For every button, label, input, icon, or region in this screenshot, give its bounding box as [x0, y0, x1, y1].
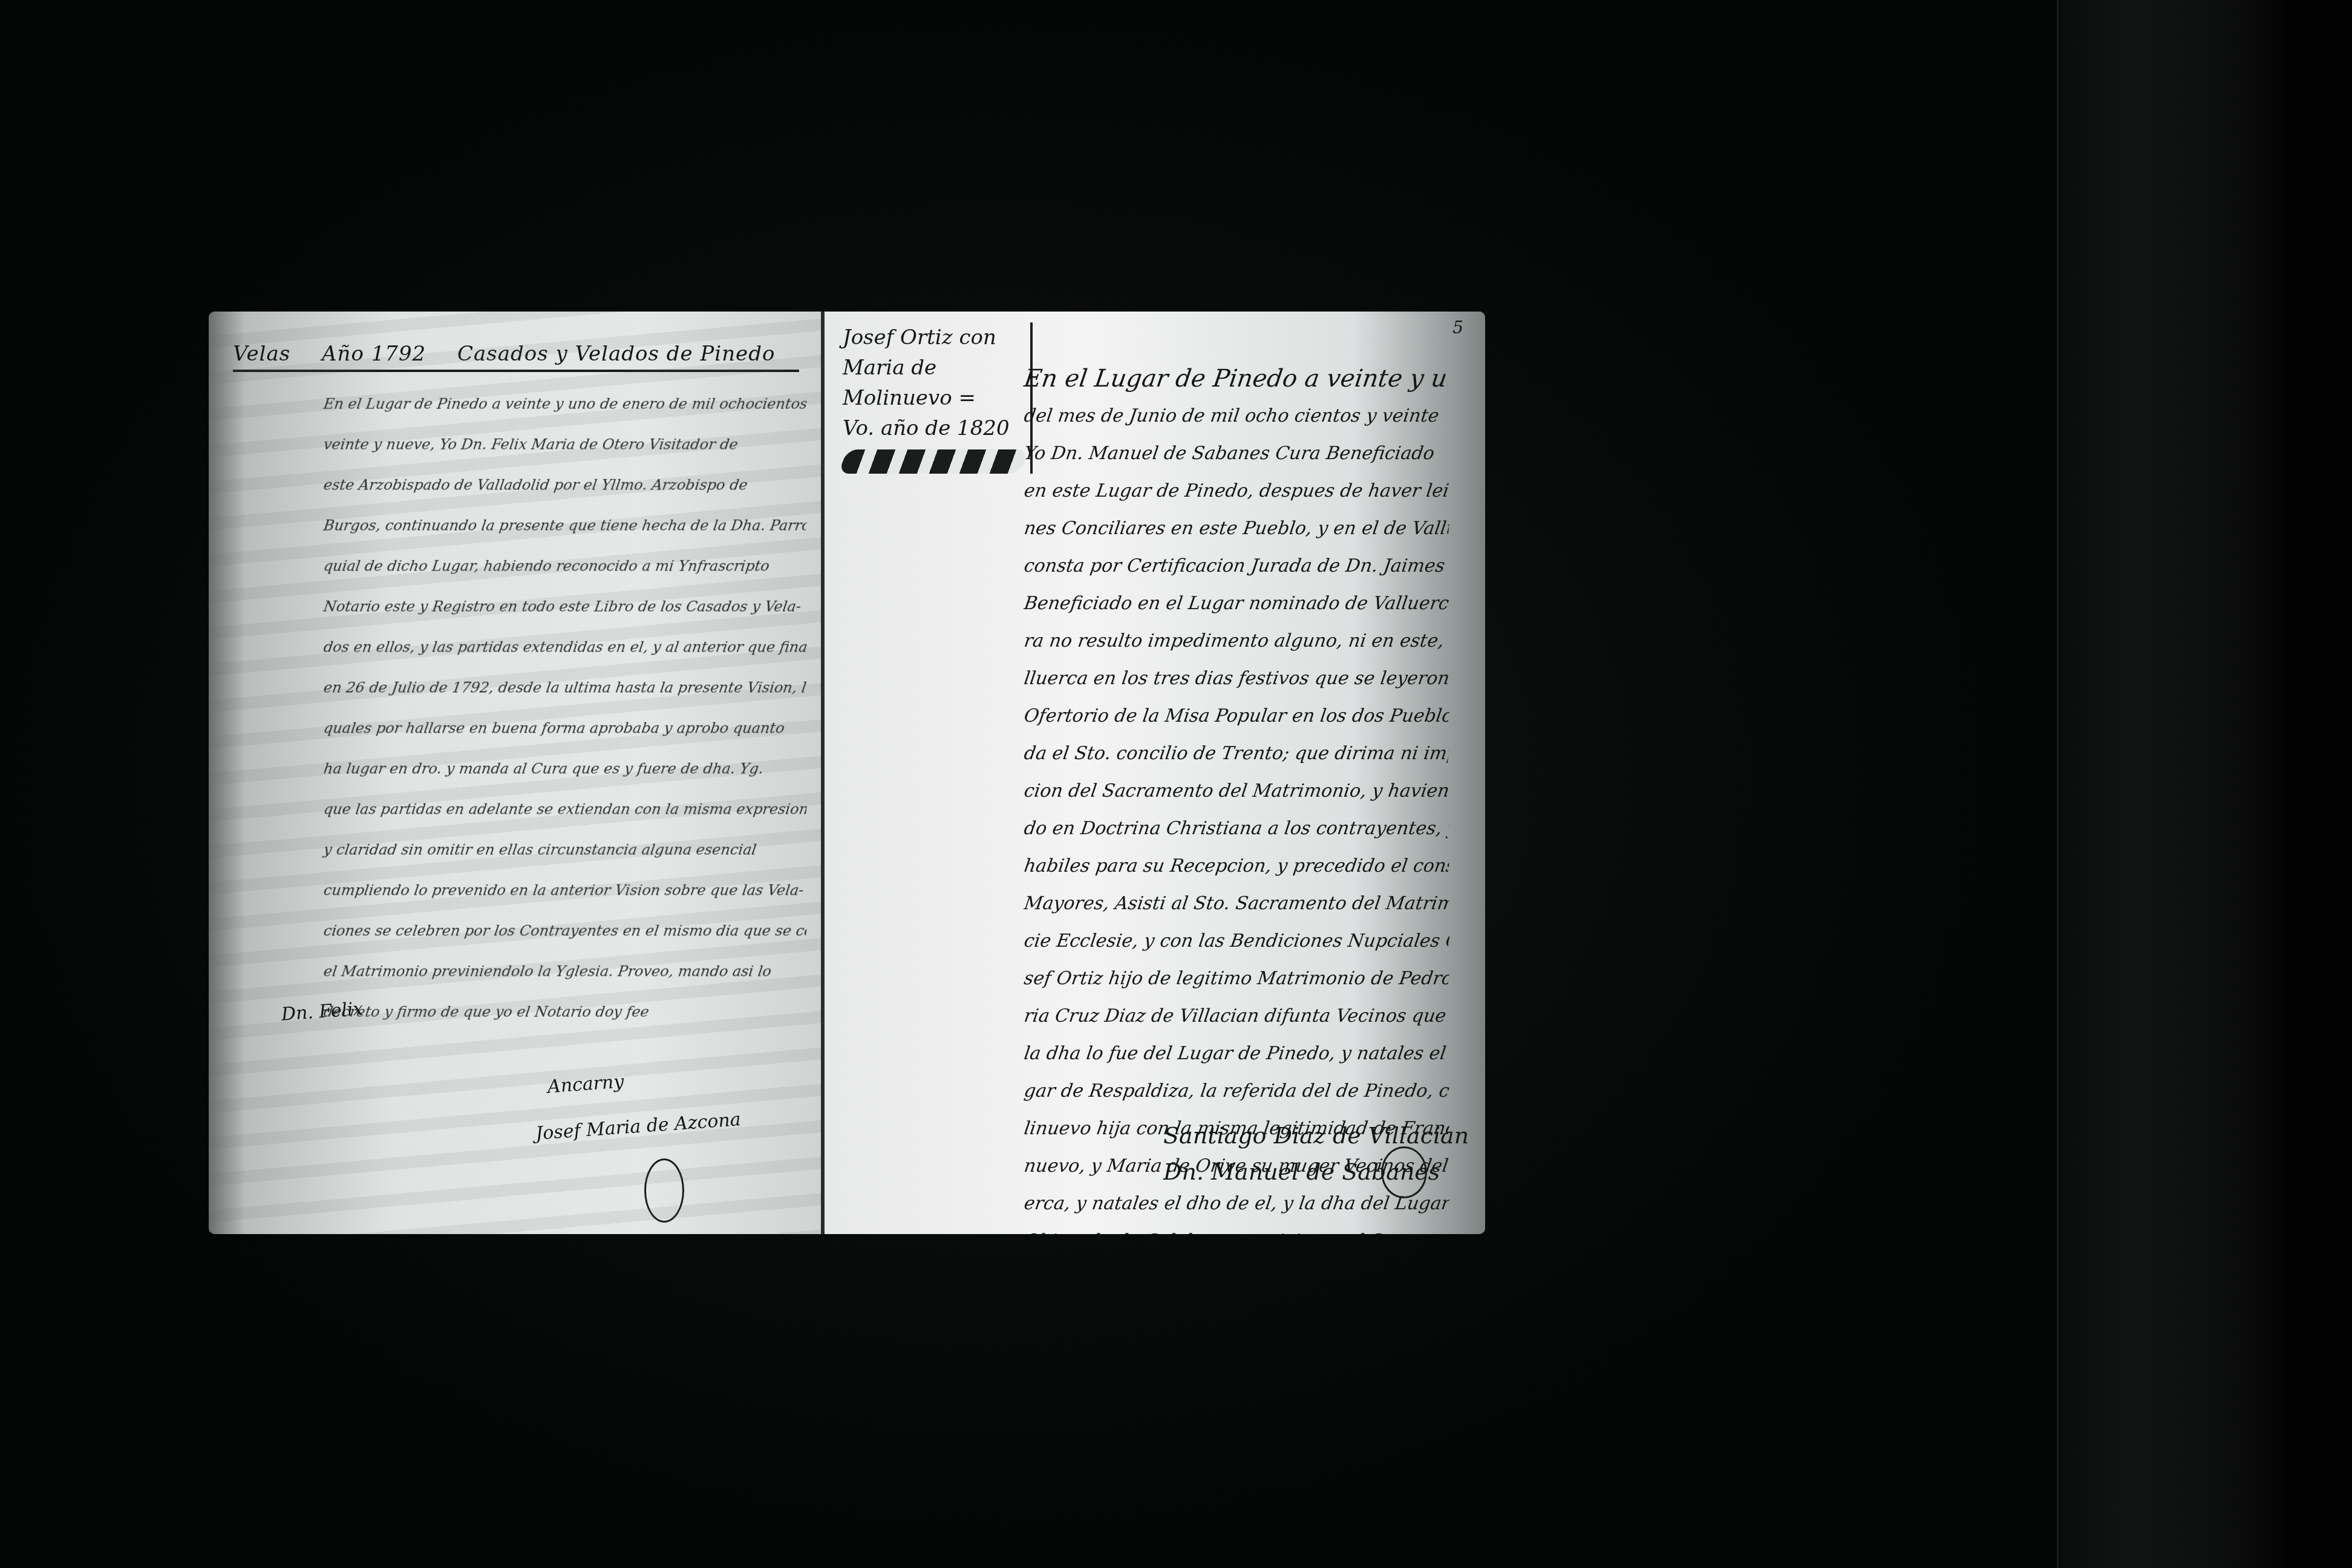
- right-page-text: En el Lugar de Pinedo a veinte y un dias…: [1024, 360, 1449, 1234]
- text-line: Ofertorio de la Misa Popular en los dos …: [1022, 697, 1452, 735]
- text-line: en 26 de Julio de 1792, desde la ultima …: [224, 668, 809, 708]
- signature-azcona: Josef Maria de Azcona: [535, 1109, 741, 1145]
- text-line: En el Lugar de Pinedo a veinte y un dias: [1022, 360, 1452, 397]
- text-line: este Arzobispado de Valladolid por el Yl…: [224, 465, 809, 506]
- text-line: sef Ortiz hijo de legitimo Matrimonio de…: [1022, 960, 1452, 998]
- text-line: lluerca en los tres dias festivos que se…: [1022, 660, 1452, 697]
- text-line: dos en ellos, y las partidas extendidas …: [224, 627, 809, 668]
- microfilm-projection: Velas Año 1792 Casados y Velados de Pine…: [209, 312, 1485, 1234]
- left-page-header: Velas Año 1792 Casados y Velados de Pine…: [233, 342, 799, 372]
- text-line: cion del Sacramento del Matrimonio, y ha…: [1022, 773, 1452, 810]
- margin-note-line: Maria de Molinuevo =: [843, 353, 1024, 413]
- header-velas: Velas: [233, 342, 290, 366]
- decorative-wave: [838, 449, 1029, 474]
- text-line: ra no resulto impedimento alguno, ni en …: [1022, 622, 1452, 660]
- text-line: Notario este y Registro en todo este Lib…: [224, 587, 809, 627]
- text-line: quales por hallarse en buena forma aprob…: [224, 708, 809, 749]
- text-line: Mayores, Asisti al Sto. Sacramento del M…: [1022, 885, 1452, 923]
- text-line: ciones se celebren por los Contrayentes …: [224, 911, 809, 952]
- text-line: ha lugar en dro. y manda al Cura que es …: [224, 749, 809, 789]
- text-line: erca, y natales el dho de el, y la dha d…: [1022, 1185, 1452, 1223]
- margin-note: Josef Ortiz con Maria de Molinuevo = Vo.…: [843, 322, 1033, 474]
- left-page: Velas Año 1792 Casados y Velados de Pine…: [209, 312, 825, 1234]
- text-line: Beneficiado en el Lugar nominado de Vall…: [1022, 585, 1452, 622]
- text-line: nes Conciliares en este Pueblo, y en el …: [1022, 510, 1452, 547]
- page-number: 5: [1452, 318, 1463, 338]
- text-line: cie Ecclesie, y con las Bendiciones Nupc…: [1022, 923, 1452, 960]
- text-line: da el Sto. concilio de Trento; que dirim…: [1022, 735, 1452, 773]
- text-line: consta por Certificacion Jurada de Dn. J…: [1022, 547, 1452, 585]
- header-title: Casados y Velados de Pinedo: [457, 342, 775, 366]
- text-line: Yo Dn. Manuel de Sabanes Cura Beneficiad…: [1022, 435, 1452, 472]
- text-line: veinte y nueve, Yo Dn. Felix Maria de Ot…: [224, 425, 809, 465]
- text-line: la dha lo fue del Lugar de Pinedo, y nat…: [1022, 1035, 1452, 1073]
- margin-note-line: Vo. año de 1820: [843, 413, 1024, 443]
- text-line: ria Cruz Diaz de Villacian difunta Vecin…: [1022, 998, 1452, 1035]
- rubric-flourish: [1381, 1146, 1427, 1198]
- signature-notary-mark: Ancarny: [547, 1071, 624, 1098]
- signature-santiago: Santiago Diaz de Villacian: [1163, 1122, 1469, 1149]
- margin-note-line: Josef Ortiz con: [843, 322, 1024, 353]
- text-line: en este Lugar de Pinedo, despues de have…: [1022, 472, 1452, 510]
- text-line: del mes de Junio de mil ocho cientos y v…: [1022, 397, 1452, 435]
- header-year: Año 1792: [322, 342, 426, 366]
- reader-side-panel: [2057, 0, 2288, 1568]
- text-line: el Matrimonio previniendolo la Yglesia. …: [224, 952, 809, 992]
- text-line: Burgos, continuando la presente que tien…: [224, 506, 809, 546]
- text-line: Obispado de Calahorra, recivieron el Sac…: [1022, 1223, 1452, 1234]
- signature-flourish: [644, 1158, 684, 1223]
- text-line: En el Lugar de Pinedo a veinte y uno de …: [224, 384, 809, 425]
- text-line: do en Doctrina Christiana a los contraye…: [1022, 810, 1452, 848]
- text-line: quial de dicho Lugar, habiendo reconocid…: [224, 546, 809, 587]
- text-line: que las partidas en adelante se extienda…: [224, 789, 809, 830]
- text-line: cumpliendo lo prevenido en la anterior V…: [224, 871, 809, 911]
- text-line: habiles para su Recepcion, y precedido e…: [1022, 848, 1452, 885]
- reader-edge: [2287, 0, 2352, 1568]
- text-line: y claridad sin omitir en ellas circunsta…: [224, 830, 809, 871]
- left-page-text: En el Lugar de Pinedo a veinte y uno de …: [227, 384, 806, 1033]
- text-line: gar de Respaldiza, la referida del de Pi…: [1022, 1073, 1452, 1110]
- right-page: 5 Josef Ortiz con Maria de Molinuevo = V…: [825, 312, 1485, 1234]
